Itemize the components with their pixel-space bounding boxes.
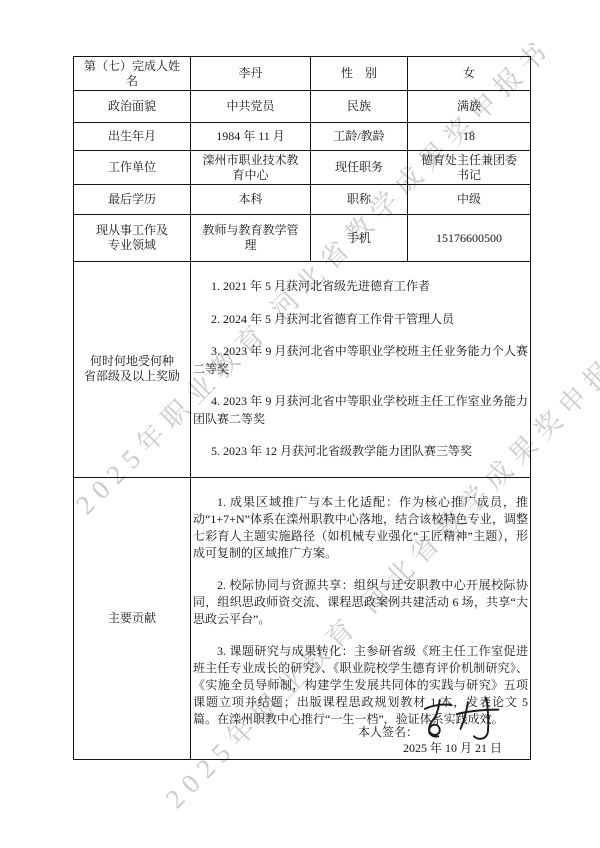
award-item: 2. 2024 年 5 月获河北省德育工作骨干管理人员 bbox=[193, 311, 528, 329]
award-item: 3. 2023 年 9 月获河北省中等职业学校班主任业务能力个人赛二等奖 bbox=[193, 343, 528, 378]
table-row: 政治面貌 中共党员 民族 满族 bbox=[74, 91, 531, 123]
table-row: 主要贡献 1. 成果区域推广与本土化适配：作为核心推广成员，推动“1+7+N”体… bbox=[74, 477, 531, 759]
field-title-value: 中级 bbox=[408, 185, 531, 215]
field-mobile-value: 15176600500 bbox=[408, 215, 531, 262]
field-birth-date-label: 出生年月 bbox=[74, 123, 191, 151]
field-work-unit-label: 工作单位 bbox=[74, 151, 191, 185]
field-current-work-label: 现从事工作及 专业领域 bbox=[74, 215, 191, 262]
field-education-label: 最后学历 bbox=[74, 185, 191, 215]
table-row: 现从事工作及 专业领域 教师与教育教学管 理 手机 15176600500 bbox=[74, 215, 531, 262]
field-seniority-label: 工龄/教龄 bbox=[311, 123, 408, 151]
award-item: 5. 2023 年 12 月获河北省级教学能力团队赛三等奖 bbox=[193, 443, 528, 461]
table-row: 何时何地受何种 省部级及以上奖励 1. 2021 年 5 月获河北省级先进德育工… bbox=[74, 262, 531, 478]
contributions-content: 1. 成果区域推广与本土化适配：作为核心推广成员，推动“1+7+N”体系在滦州职… bbox=[191, 477, 531, 759]
table-row: 工作单位 滦州市职业技术教 育中心 现任职务 德育处主任兼团委 书记 bbox=[74, 151, 531, 185]
field-current-work-value: 教师与教育教学管 理 bbox=[191, 215, 311, 262]
field-ethnicity-label: 民族 bbox=[311, 91, 408, 123]
field-ethnicity-value: 满族 bbox=[408, 91, 531, 123]
field-political-status-value: 中共党员 bbox=[191, 91, 311, 123]
table-row: 第（七）完成人姓 名 李丹 性 别 女 bbox=[74, 57, 531, 91]
field-education-value: 本科 bbox=[191, 185, 311, 215]
field-gender-label: 性 别 bbox=[311, 57, 408, 91]
field-current-position-value: 德育处主任兼团委 书记 bbox=[408, 151, 531, 185]
field-name-label: 第（七）完成人姓 名 bbox=[74, 57, 191, 91]
field-political-status-label: 政治面貌 bbox=[74, 91, 191, 123]
field-seniority-value: 18 bbox=[408, 123, 531, 151]
personnel-form-table: 第（七）完成人姓 名 李丹 性 别 女 政治面貌 中共党员 民族 满族 出生年月… bbox=[73, 56, 531, 760]
field-work-unit-value: 滦州市职业技术教 育中心 bbox=[191, 151, 311, 185]
awards-label: 何时何地受何种 省部级及以上奖励 bbox=[74, 262, 191, 478]
table-row: 出生年月 1984 年 11 月 工龄/教龄 18 bbox=[74, 123, 531, 151]
table-row: 最后学历 本科 职称 中级 bbox=[74, 185, 531, 215]
signature-block: 本人签名： 2025 年 10 月 21 日 bbox=[358, 697, 504, 756]
field-title-label: 职称 bbox=[311, 185, 408, 215]
document-page: 2025年职业教育 河北省教学成果奖申报书 2025年职业教育 河北省教学成果奖… bbox=[0, 0, 600, 848]
signature-label: 本人签名： bbox=[358, 724, 418, 740]
award-item: 4. 2023 年 9 月获河北省中等职业学校班主任工作室业务能力团队赛二等奖 bbox=[193, 393, 528, 428]
handwritten-signature-icon bbox=[420, 697, 504, 743]
contributions-label: 主要贡献 bbox=[74, 477, 191, 759]
field-name-value: 李丹 bbox=[191, 57, 311, 91]
contribution-paragraph: 1. 成果区域推广与本土化适配：作为核心推广成员，推动“1+7+N”体系在滦州职… bbox=[193, 494, 528, 562]
signature-date: 2025 年 10 月 21 日 bbox=[403, 741, 504, 756]
award-item: 1. 2021 年 5 月获河北省级先进德育工作者 bbox=[193, 278, 528, 296]
field-mobile-label: 手机 bbox=[311, 215, 408, 262]
awards-content: 1. 2021 年 5 月获河北省级先进德育工作者 2. 2024 年 5 月获… bbox=[191, 262, 531, 478]
field-birth-date-value: 1984 年 11 月 bbox=[191, 123, 311, 151]
contribution-paragraph: 2. 校际协同与资源共享：组织与迁安职教中心开展校际协同，组织思政师资交流、课程… bbox=[193, 577, 528, 628]
field-gender-value: 女 bbox=[408, 57, 531, 91]
field-current-position-label: 现任职务 bbox=[311, 151, 408, 185]
